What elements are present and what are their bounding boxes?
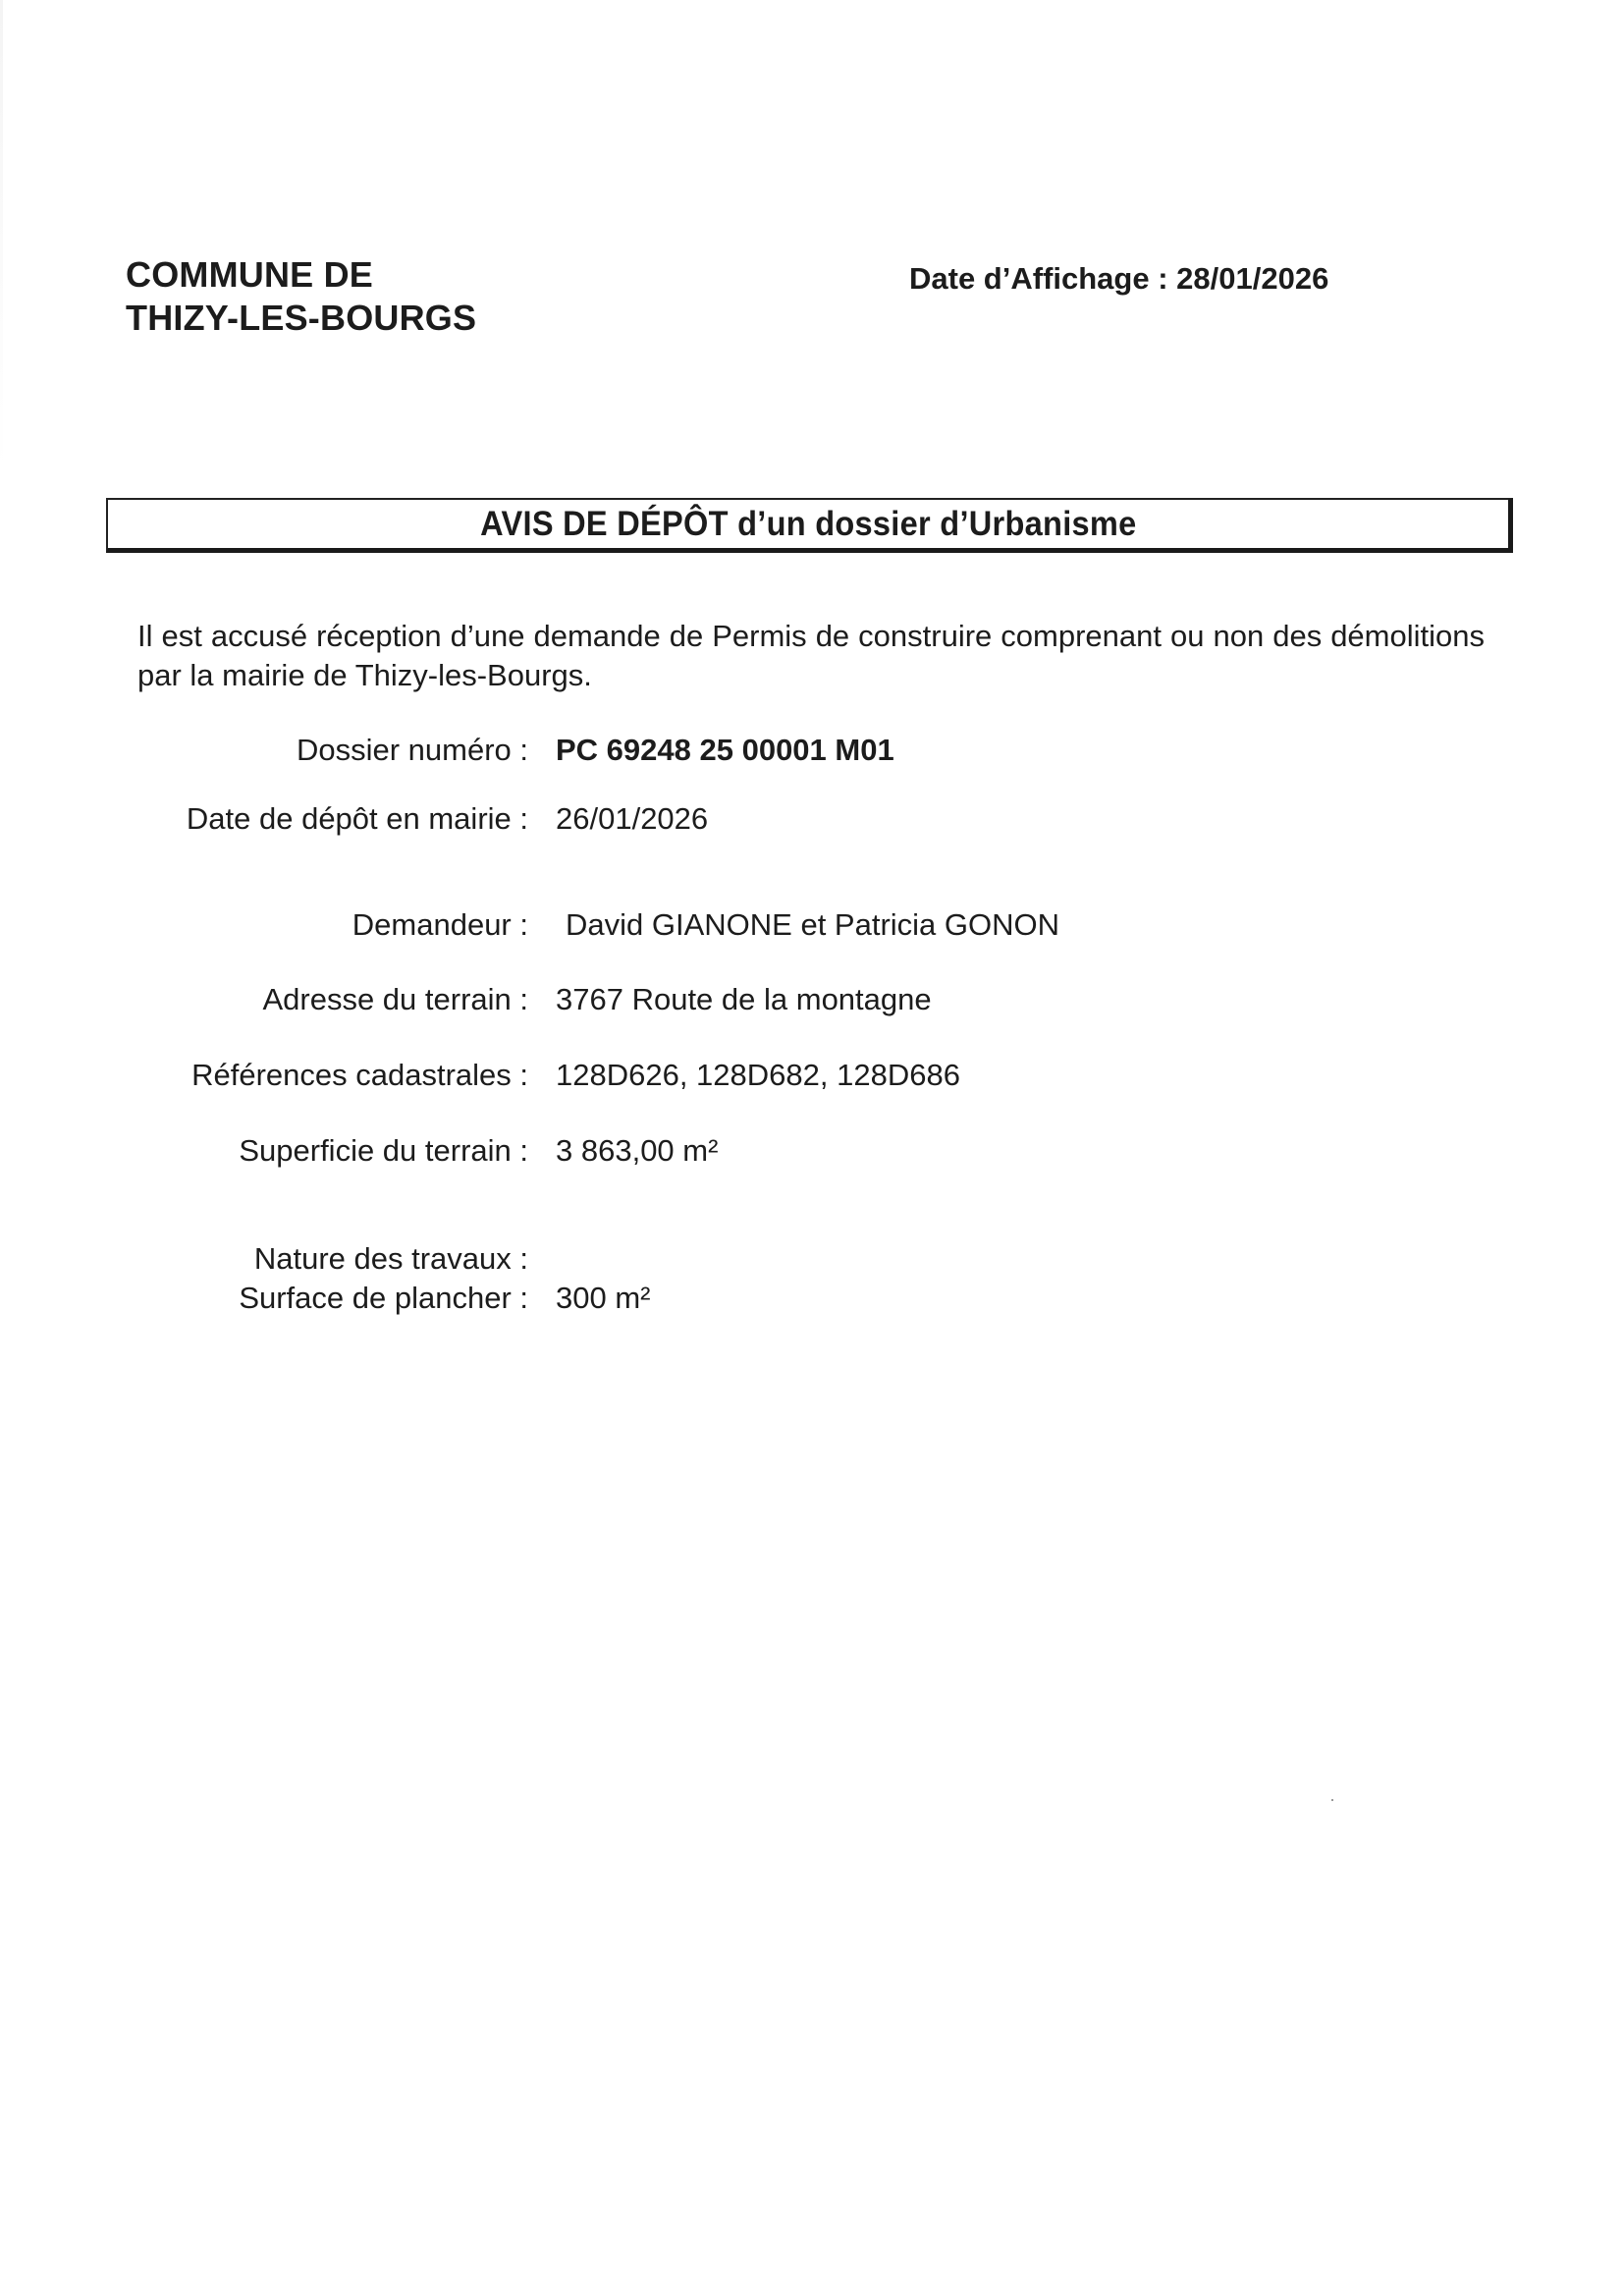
field-applicant: Demandeur : David GIANONE et Patricia GO… xyxy=(0,905,1623,945)
commune-line-2: THIZY-LES-BOURGS xyxy=(126,297,476,340)
field-value: David GIANONE et Patricia GONON xyxy=(566,905,1059,945)
document-page: COMMUNE DE THIZY-LES-BOURGS Date d’Affic… xyxy=(0,0,1623,2296)
field-label: Adresse du terrain : xyxy=(262,980,528,1019)
scan-speck xyxy=(1331,1799,1333,1801)
field-label: Superficie du terrain : xyxy=(239,1131,528,1171)
field-label: Surface de plancher : xyxy=(239,1279,528,1318)
field-label: Références cadastrales : xyxy=(191,1056,528,1095)
field-value: 128D626, 128D682, 128D686 xyxy=(556,1056,960,1095)
display-date-value: 28/01/2026 xyxy=(1176,261,1328,296)
field-label: Nature des travaux : xyxy=(254,1239,528,1279)
scan-edge-shadow xyxy=(0,0,3,471)
title-box: AVIS DE DÉPÔT d’un dossier d’Urbanisme xyxy=(106,498,1513,553)
document-title: AVIS DE DÉPÔT d’un dossier d’Urbanisme xyxy=(480,500,1136,548)
field-value: 300 m² xyxy=(556,1279,650,1318)
field-floor-area: Surface de plancher : 300 m² xyxy=(0,1279,1623,1318)
field-value: 26/01/2026 xyxy=(556,799,708,839)
commune-line-1: COMMUNE DE xyxy=(126,253,476,297)
field-label: Date de dépôt en mairie : xyxy=(187,799,528,839)
display-date: Date d’Affichage : 28/01/2026 xyxy=(909,259,1328,299)
field-cadastral-references: Références cadastrales : 128D626, 128D68… xyxy=(0,1056,1623,1095)
field-value: 3767 Route de la montagne xyxy=(556,980,932,1019)
field-land-address: Adresse du terrain : 3767 Route de la mo… xyxy=(0,980,1623,1019)
display-date-label: Date d’Affichage : xyxy=(909,261,1168,296)
field-work-nature: Nature des travaux : xyxy=(0,1239,1623,1279)
field-value: 3 863,00 m² xyxy=(556,1131,718,1171)
field-deposit-date: Date de dépôt en mairie : 26/01/2026 xyxy=(0,799,1623,839)
field-land-area: Superficie du terrain : 3 863,00 m² xyxy=(0,1131,1623,1171)
intro-paragraph: Il est accusé réception d’une demande de… xyxy=(137,617,1485,695)
field-value: PC 69248 25 00001 M01 xyxy=(556,731,894,770)
field-label: Demandeur : xyxy=(352,905,528,945)
field-dossier-number: Dossier numéro : PC 69248 25 00001 M01 xyxy=(0,731,1623,770)
commune-heading: COMMUNE DE THIZY-LES-BOURGS xyxy=(126,253,476,340)
field-label: Dossier numéro : xyxy=(297,731,528,770)
